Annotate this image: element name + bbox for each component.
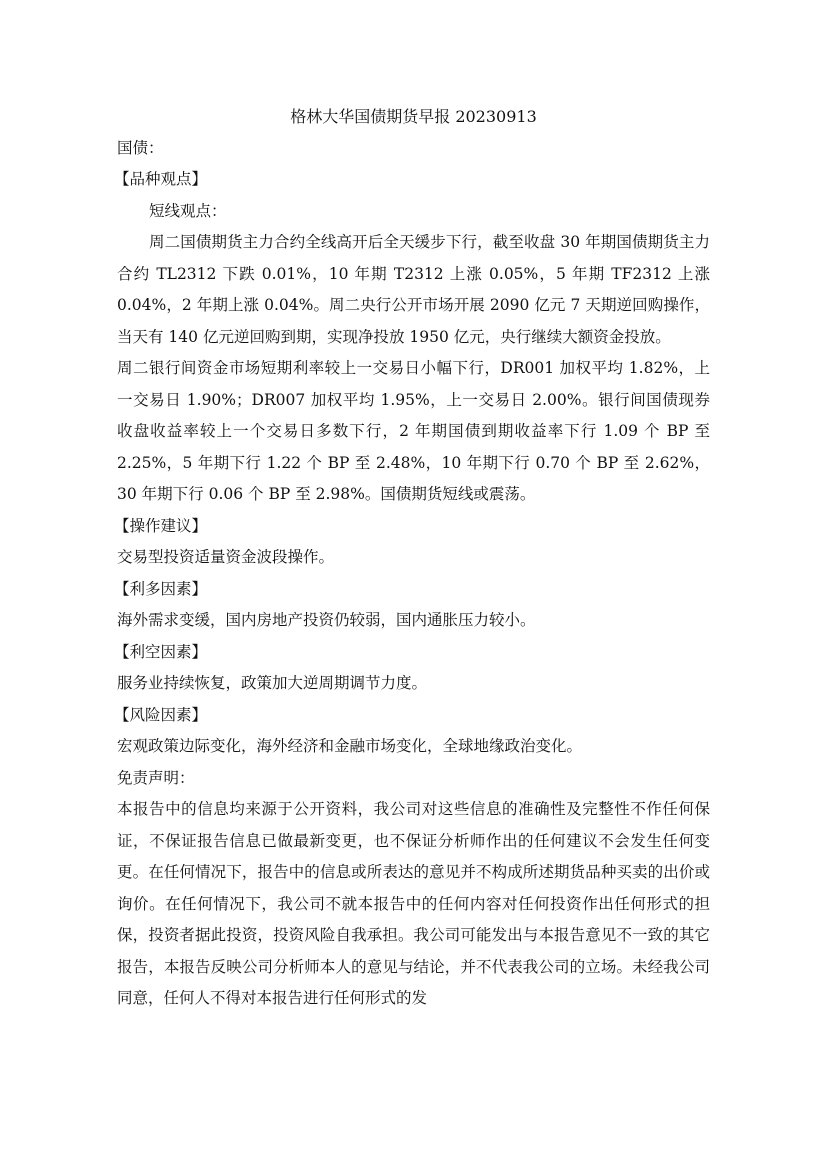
section-heading-bearish: 【利空因素】 bbox=[114, 637, 710, 669]
section-heading-view: 【品种观点】 bbox=[114, 164, 710, 196]
category-label: 国债： bbox=[117, 133, 710, 165]
section-heading-bullish: 【利多因素】 bbox=[114, 574, 710, 606]
disclaimer-text: 本报告中的信息均来源于公开资料，我公司对这些信息的准确性及完整性不作任何保证，不… bbox=[117, 794, 710, 1015]
bearish-text: 服务业持续恢复，政策加大逆周期调节力度。 bbox=[117, 668, 710, 700]
advice-text: 交易型投资适量资金波段操作。 bbox=[117, 542, 710, 574]
risk-text: 宏观政策边际变化，海外经济和金融市场变化，全球地缘政治变化。 bbox=[117, 731, 710, 763]
section-heading-advice: 【操作建议】 bbox=[114, 511, 710, 543]
short-term-paragraph-1: 周二国债期货主力合约全线高开后全天缓步下行，截至收盘 30 年期国债期货主力合约… bbox=[117, 227, 710, 353]
short-term-label: 短线观点： bbox=[117, 196, 710, 228]
short-term-paragraph-2: 周二银行间资金市场短期利率较上一交易日小幅下行，DR001 加权平均 1.82%… bbox=[117, 353, 710, 511]
disclaimer-label: 免责声明： bbox=[117, 763, 710, 795]
section-heading-risk: 【风险因素】 bbox=[114, 700, 710, 732]
document-page: 格林大华国债期货早报 20230913 国债： 【品种观点】 短线观点： 周二国… bbox=[117, 101, 710, 1015]
document-title: 格林大华国债期货早报 20230913 bbox=[117, 101, 710, 133]
bullish-text: 海外需求变缓，国内房地产投资仍较弱，国内通胀压力较小。 bbox=[117, 605, 710, 637]
